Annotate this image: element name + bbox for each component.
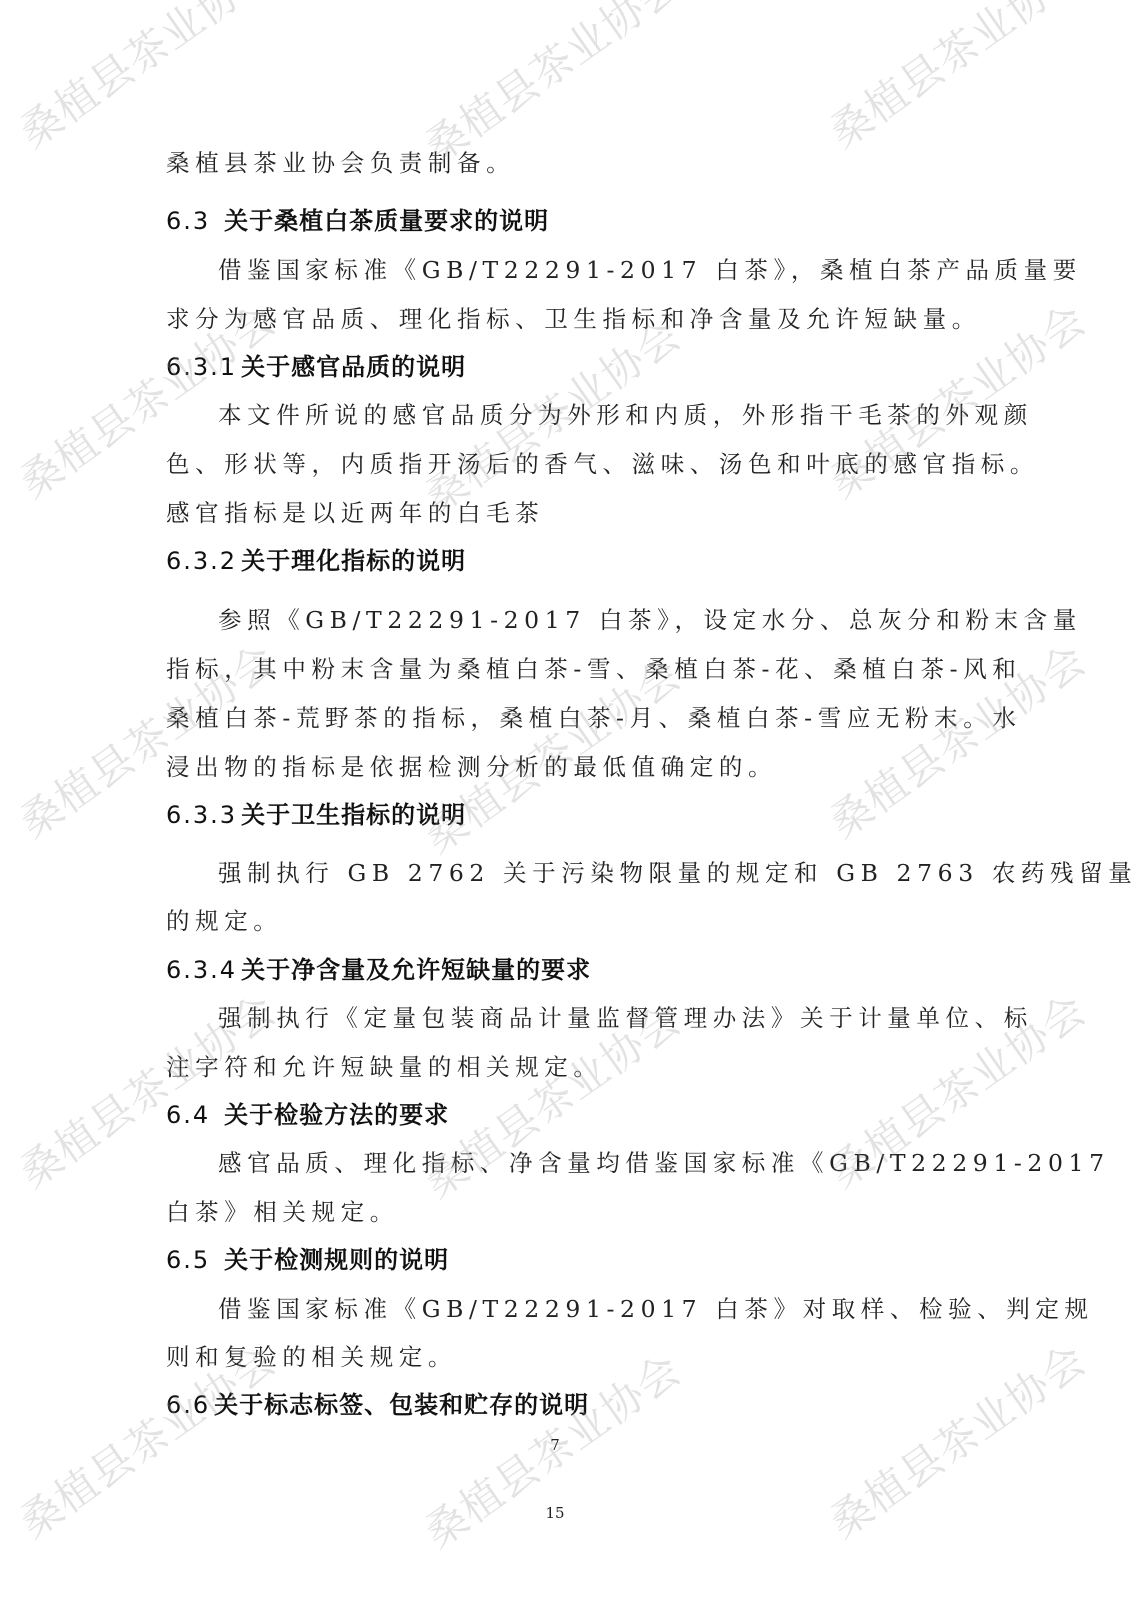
paragraph-line: 感官指标是以近两年的白毛茶	[166, 498, 544, 528]
section-number: 6.3.4	[166, 956, 237, 984]
section-title: 关于标志标签、包装和贮存的说明	[214, 1391, 589, 1419]
paragraph-line: 本文件所说的感官品质分为外形和内质，外形指干毛茶的外观颜	[218, 400, 1033, 430]
section-title: 关于卫生指标的说明	[241, 801, 466, 829]
section-number: 6.3.2	[166, 547, 237, 575]
section-number: 6.4	[166, 1101, 210, 1129]
paragraph-line: 的规定。	[166, 906, 282, 936]
paragraph-line: 浸出物的指标是依据检测分析的最低值确定的。	[166, 752, 777, 782]
outer-page-number: 15	[525, 1504, 585, 1522]
paragraph-line: 白茶》相关规定。	[166, 1197, 399, 1227]
section-title: 关于净含量及允许短缺量的要求	[241, 956, 591, 984]
section-heading-6-3-3: 6.3.3关于卫生指标的说明	[166, 800, 466, 830]
section-number: 6.5	[166, 1246, 210, 1274]
section-number: 6.3.1	[166, 353, 237, 381]
section-title: 关于桑植白茶质量要求的说明	[224, 207, 549, 235]
page-content: 桑植县茶业协会负责制备。 6.3关于桑植白茶质量要求的说明 借鉴国家标准《GB/…	[0, 0, 1131, 1600]
paragraph-line: 感官品质、理化指标、净含量均借鉴国家标准《GB/T22291-2017	[218, 1148, 1110, 1178]
paragraph-line: 注字符和允许短缺量的相关规定。	[166, 1052, 603, 1082]
section-heading-6-4: 6.4关于检验方法的要求	[166, 1100, 449, 1130]
paragraph-line: 借鉴国家标准《GB/T22291-2017 白茶》，桑植白茶产品质量要	[218, 255, 1082, 285]
paragraph-line: 桑植县茶业协会负责制备。	[166, 148, 515, 178]
paragraph-line: 借鉴国家标准《GB/T22291-2017 白茶》对取样、检验、判定规	[218, 1294, 1094, 1324]
section-heading-6-3-1: 6.3.1关于感官品质的说明	[166, 352, 466, 382]
inner-page-number: 7	[525, 1436, 585, 1454]
section-title: 关于感官品质的说明	[241, 353, 466, 381]
paragraph-line: 参照《GB/T22291-2017 白茶》，设定水分、总灰分和粉末含量	[218, 605, 1082, 635]
section-title: 关于理化指标的说明	[241, 547, 466, 575]
section-heading-6-3-4: 6.3.4关于净含量及允许短缺量的要求	[166, 955, 591, 985]
paragraph-line: 则和复验的相关规定。	[166, 1342, 457, 1372]
section-heading-6-3-2: 6.3.2关于理化指标的说明	[166, 546, 466, 576]
paragraph-line: 桑植白茶-荒野茶的指标，桑植白茶-月、桑植白茶-雪应无粉末。水	[166, 703, 1021, 733]
section-heading-6-6: 6.6关于标志标签、包装和贮存的说明	[166, 1390, 589, 1420]
paragraph-line: 色、形状等，内质指开汤后的香气、滋味、汤色和叶底的感官指标。	[166, 449, 1039, 479]
paragraph-line: 强制执行 GB 2762 关于污染物限量的规定和 GB 2763 农药残留量	[218, 858, 1131, 888]
paragraph-line: 强制执行《定量包装商品计量监督管理办法》关于计量单位、标	[218, 1003, 1033, 1033]
section-heading-6-3: 6.3关于桑植白茶质量要求的说明	[166, 206, 549, 236]
section-title: 关于检验方法的要求	[224, 1101, 449, 1129]
section-number: 6.3	[166, 207, 210, 235]
section-heading-6-5: 6.5关于检测规则的说明	[166, 1245, 449, 1275]
section-title: 关于检测规则的说明	[224, 1246, 449, 1274]
section-number: 6.3.3	[166, 801, 237, 829]
section-number: 6.6	[166, 1391, 210, 1419]
paragraph-line: 求分为感官品质、理化指标、卫生指标和净含量及允许短缺量。	[166, 304, 981, 334]
document-page: 桑植县茶业协会负责制备。 6.3关于桑植白茶质量要求的说明 借鉴国家标准《GB/…	[0, 0, 1131, 1600]
paragraph-line: 指标，其中粉末含量为桑植白茶-雪、桑植白茶-花、桑植白茶-风和	[166, 654, 1021, 684]
